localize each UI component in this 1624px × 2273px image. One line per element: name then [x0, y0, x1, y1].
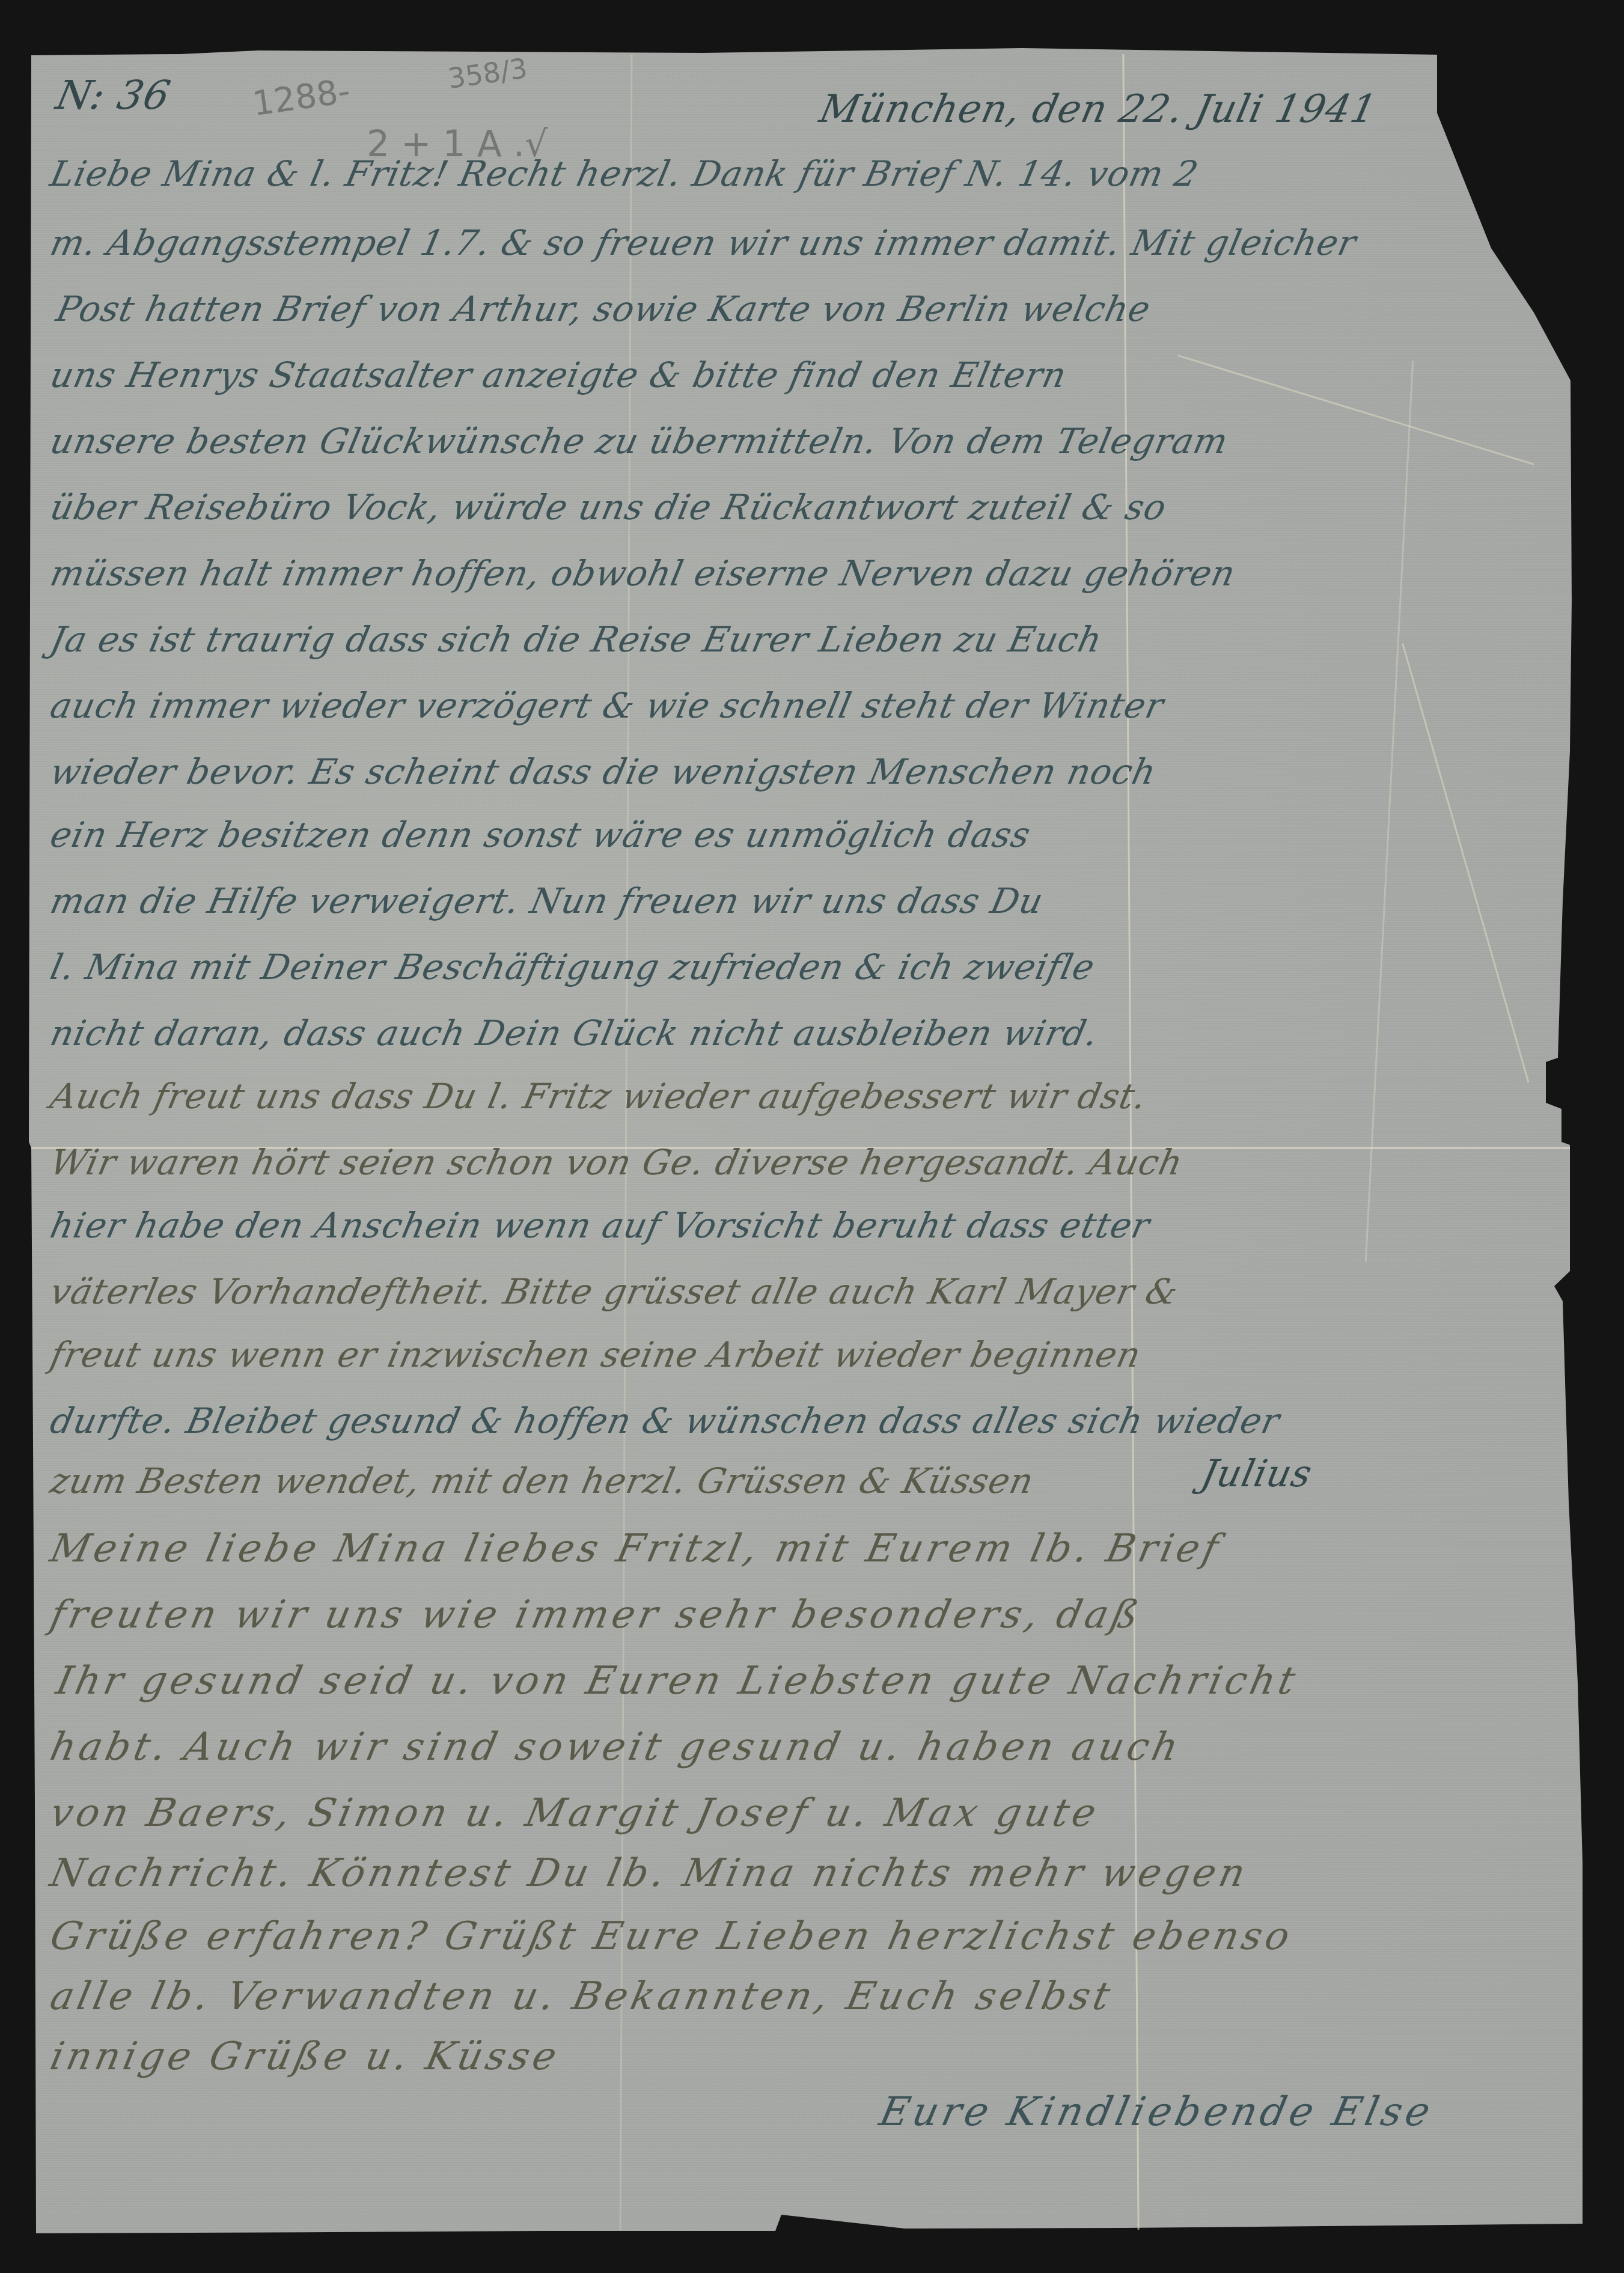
- letter-line: Ihr gesund seid u. von Euren Liebsten gu…: [52, 1659, 1302, 1703]
- letter-line: Liebe Mina & l. Fritz! Recht herzl. Dank…: [47, 153, 1202, 194]
- letter-line: ein Herz besitzen denn sonst wäre es unm…: [47, 814, 1034, 855]
- letter-line: nicht daran, dass auch Dein Glück nicht …: [47, 1013, 1102, 1054]
- letter-line: auch immer wieder verzögert & wie schnel…: [47, 685, 1168, 726]
- letter-line: freuten wir uns wie immer sehr besonders…: [46, 1593, 1146, 1637]
- letter-line: man die Hilfe verweigert. Nun freuen wir…: [47, 880, 1048, 921]
- letter-line: m. Abgangsstempel 1.7. & so freuen wir u…: [47, 222, 1360, 263]
- letter-line: alle lb. Verwandten u. Bekannten, Euch s…: [46, 1974, 1117, 2019]
- letter-line: zum Besten wendet, mit den herzl. Grüsse…: [47, 1460, 1038, 1501]
- letter-number: N: 36: [52, 72, 175, 118]
- letter-line: Nachricht. Könntest Du lb. Mina nichts m…: [46, 1851, 1253, 1896]
- letter-line: Ja es ist traurig dass sich die Reise Eu…: [47, 619, 1106, 660]
- letter-line: l. Mina mit Deiner Beschäftigung zufried…: [47, 947, 1099, 987]
- letter-line: von Baers, Simon u. Margit Josef u. Max …: [46, 1791, 1104, 1835]
- letter-line: Meine liebe Mina liebes Fritzl, mit Eure…: [46, 1527, 1226, 1571]
- letter-line: habt. Auch wir sind soweit gesund u. hab…: [46, 1725, 1185, 1769]
- letter-line: unsere besten Glückwünsche zu übermittel…: [47, 421, 1232, 462]
- letter-line: Grüße erfahren? Grüßt Eure Lieben herzli…: [46, 1914, 1297, 1959]
- letter-line: wieder bevor. Es scheint dass die wenigs…: [47, 751, 1160, 792]
- signature-julius: Julius: [1197, 1451, 1316, 1495]
- place-date: München, den 22. Juli 1941: [816, 87, 1381, 132]
- letter-line: väterles Vorhandeftheit. Bitte grüsset a…: [47, 1271, 1182, 1312]
- letter-line: müssen halt immer hoffen, obwohl eiserne…: [47, 553, 1239, 594]
- letter-line: über Reisebüro Vock, würde uns die Rücka…: [47, 487, 1170, 528]
- letter-line: innige Grüße u. Küsse: [46, 2034, 564, 2079]
- letter-line: Post hatten Brief von Arthur, sowie Kart…: [53, 288, 1155, 329]
- signature-else: Eure Kindliebende Else: [876, 2088, 1438, 2135]
- letter-line: uns Henrys Staatsalter anzeigte & bitte …: [47, 355, 1070, 395]
- letter-line: freut uns wenn er inzwischen seine Arbei…: [47, 1334, 1145, 1375]
- letter-line: hier habe den Anschein wenn auf Vorsicht…: [47, 1205, 1154, 1246]
- letter-line: durfte. Bleibet gesund & hoffen & wünsch…: [47, 1400, 1284, 1441]
- letter-line: Wir waren hört seien schon von Ge. diver…: [47, 1142, 1187, 1183]
- letter-line: Auch freut uns dass Du l. Fritz wieder a…: [47, 1076, 1150, 1117]
